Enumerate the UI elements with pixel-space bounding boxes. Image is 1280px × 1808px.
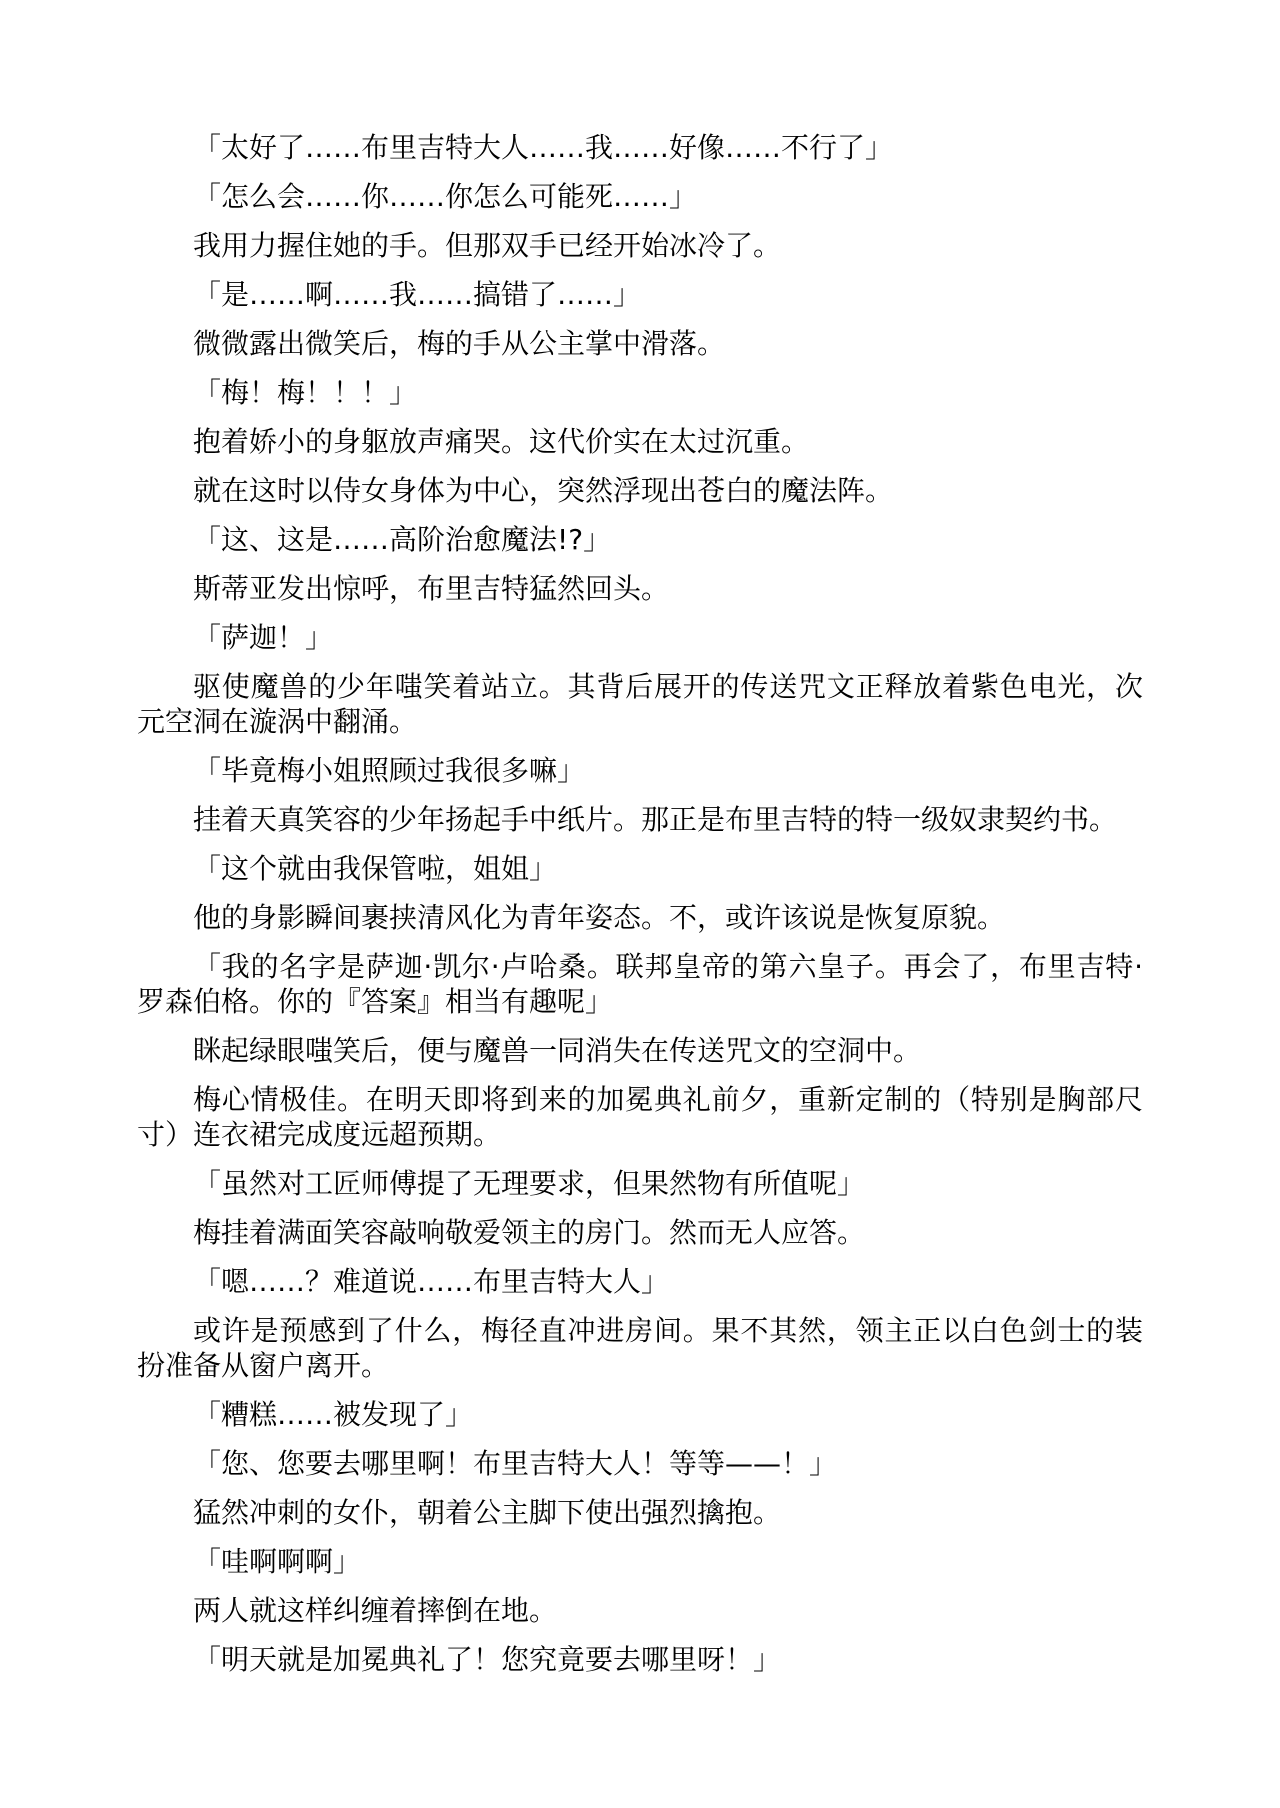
paragraph: 猛然冲刺的女仆，朝着公主脚下使出强烈擒抱。 (137, 1495, 1143, 1530)
paragraph: 「这、这是……高阶治愈魔法!?」 (137, 522, 1143, 557)
paragraph: 「糟糕……被发现了」 (137, 1397, 1143, 1432)
paragraph: 「毕竟梅小姐照顾过我很多嘛」 (137, 753, 1143, 788)
paragraph: 「萨迦！」 (137, 620, 1143, 655)
paragraph: 「梅！梅！！！」 (137, 375, 1143, 410)
paragraph: 他的身影瞬间裹挟清风化为青年姿态。不，或许该说是恢复原貌。 (137, 900, 1143, 935)
paragraph: 「明天就是加冕典礼了！您究竟要去哪里呀！」 (137, 1642, 1143, 1677)
document-page: 「太好了……布里吉特大人……我……好像……不行了」「怎么会……你……你怎么可能死… (0, 0, 1280, 1808)
paragraph: 「嗯……？难道说……布里吉特大人」 (137, 1264, 1143, 1299)
paragraph: 驱使魔兽的少年嗤笑着站立。其背后展开的传送咒文正释放着紫色电光，次元空洞在漩涡中… (137, 669, 1143, 739)
paragraph: 梅挂着满面笑容敲响敬爱领主的房门。然而无人应答。 (137, 1215, 1143, 1250)
paragraph: 梅心情极佳。在明天即将到来的加冕典礼前夕，重新定制的（特别是胸部尺寸）连衣裙完成… (137, 1082, 1143, 1152)
paragraph: 眯起绿眼嗤笑后，便与魔兽一同消失在传送咒文的空洞中。 (137, 1033, 1143, 1068)
paragraph: 就在这时以侍女身体为中心，突然浮现出苍白的魔法阵。 (137, 473, 1143, 508)
paragraph: 「虽然对工匠师傅提了无理要求，但果然物有所值呢」 (137, 1166, 1143, 1201)
paragraph: 「哇啊啊啊」 (137, 1544, 1143, 1579)
paragraph: 「我的名字是萨迦·凯尔·卢哈桑。联邦皇帝的第六皇子。再会了，布里吉特·罗森伯格。… (137, 949, 1143, 1019)
paragraph: 抱着娇小的身躯放声痛哭。这代价实在太过沉重。 (137, 424, 1143, 459)
text-content: 「太好了……布里吉特大人……我……好像……不行了」「怎么会……你……你怎么可能死… (137, 130, 1143, 1677)
paragraph: 「这个就由我保管啦，姐姐」 (137, 851, 1143, 886)
paragraph: 「怎么会……你……你怎么可能死……」 (137, 179, 1143, 214)
paragraph: 「是……啊……我……搞错了……」 (137, 277, 1143, 312)
paragraph: 「太好了……布里吉特大人……我……好像……不行了」 (137, 130, 1143, 165)
paragraph: 斯蒂亚发出惊呼，布里吉特猛然回头。 (137, 571, 1143, 606)
paragraph: 微微露出微笑后，梅的手从公主掌中滑落。 (137, 326, 1143, 361)
paragraph: 「您、您要去哪里啊！布里吉特大人！等等——！」 (137, 1446, 1143, 1481)
paragraph: 挂着天真笑容的少年扬起手中纸片。那正是布里吉特的特一级奴隶契约书。 (137, 802, 1143, 837)
paragraph: 或许是预感到了什么，梅径直冲进房间。果不其然，领主正以白色剑士的装扮准备从窗户离… (137, 1313, 1143, 1383)
paragraph: 我用力握住她的手。但那双手已经开始冰冷了。 (137, 228, 1143, 263)
paragraph: 两人就这样纠缠着摔倒在地。 (137, 1593, 1143, 1628)
